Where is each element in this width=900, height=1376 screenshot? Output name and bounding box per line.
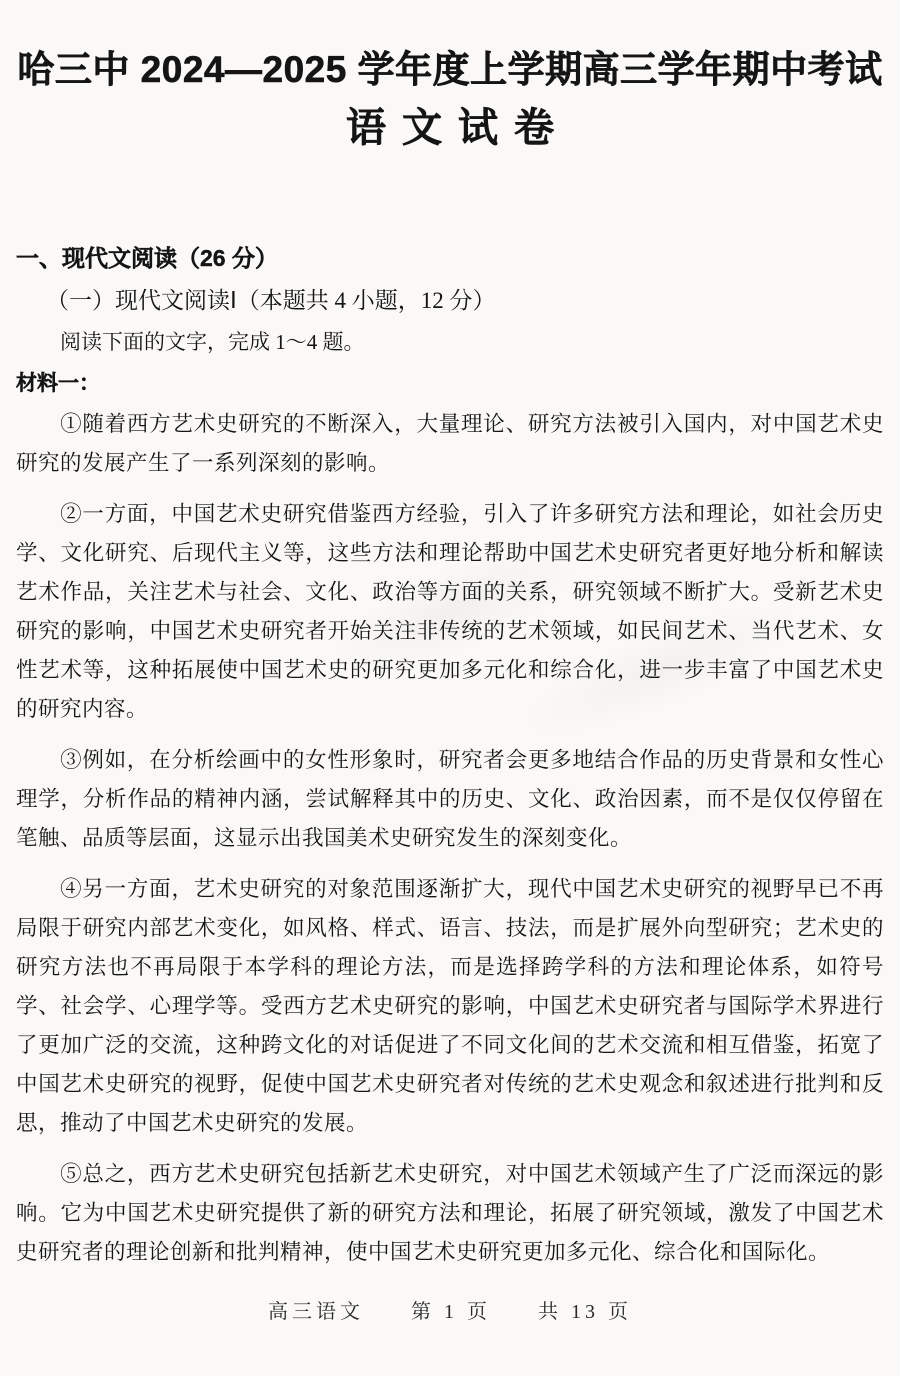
exam-title: 哈三中 2024—2025 学年度上学期高三学年期中考试 <box>0 48 900 92</box>
page-footer: 高三语文 第 1 页 共 13 页 <box>0 1295 900 1324</box>
exam-body: 一、现代文阅读（26 分） （一）现代文阅读Ⅰ（本题共 4 小题，12 分） 阅… <box>0 246 900 1272</box>
material-paragraph-3: ③例如，在分析绘画中的女性形象时，研究者会更多地结合作品的历史背景和女性心理学，… <box>16 741 884 858</box>
exam-header: 哈三中 2024—2025 学年度上学期高三学年期中考试 语文试卷 <box>0 0 900 152</box>
material-one-label: 材料一： <box>16 371 884 396</box>
material-paragraph-2: ②一方面，中国艺术史研究借鉴西方经验，引入了许多研究方法和理论，如社会历史学、文… <box>16 495 884 729</box>
footer-course-name: 高三语文 <box>268 1295 364 1324</box>
exam-paper-page: 哈三中 2024—2025 学年度上学期高三学年期中考试 语文试卷 一、现代文阅… <box>0 0 900 1376</box>
subsection-heading-reading-1: （一）现代文阅读Ⅰ（本题共 4 小题，12 分） <box>16 287 884 315</box>
material-paragraph-4: ④另一方面，艺术史研究的对象范围逐渐扩大，现代中国艺术史研究的视野早已不再局限于… <box>16 870 884 1143</box>
footer-page-number: 第 1 页 <box>411 1295 491 1324</box>
footer-page-total: 共 13 页 <box>538 1295 632 1324</box>
material-paragraph-5: ⑤总之，西方艺术史研究包括新艺术史研究，对中国艺术领域产生了广泛而深远的影响。它… <box>16 1155 884 1272</box>
material-paragraph-1: ①随着西方艺术史研究的不断深入，大量理论、研究方法被引入国内，对中国艺术史研究的… <box>16 405 884 483</box>
exam-subtitle: 语文试卷 <box>0 104 900 152</box>
reading-instruction: 阅读下面的文字，完成 1～4 题。 <box>16 329 884 355</box>
section-heading-modern-reading: 一、现代文阅读（26 分） <box>16 246 884 270</box>
